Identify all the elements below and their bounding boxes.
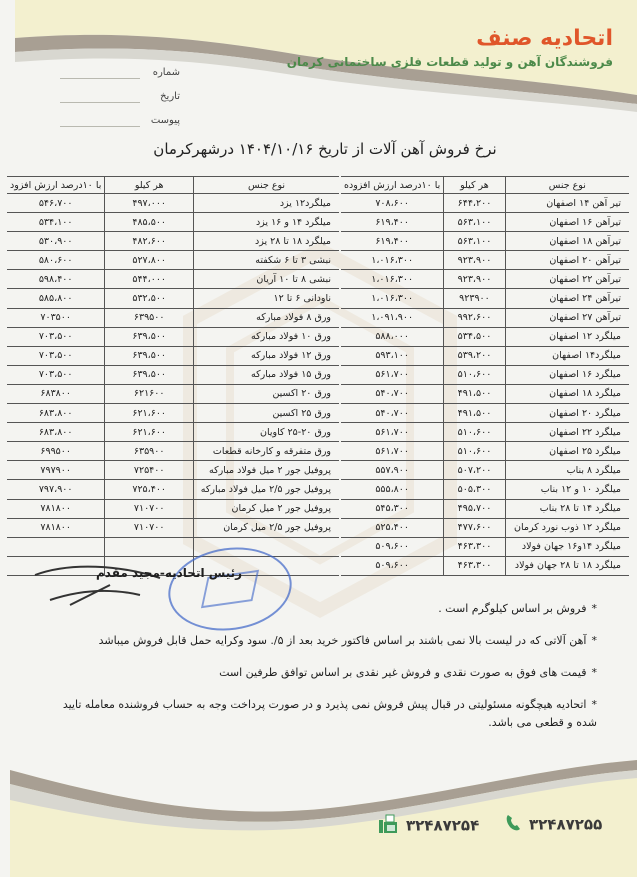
item-name-cell: تیرآهن ۲۲ اصفهان — [505, 270, 629, 289]
notes-list: *فروش بر اساس کیلوگرم است . *آهن آلاتی ک… — [57, 600, 597, 746]
with-vat-cell: ۷۸۱۸۰۰ — [7, 499, 105, 518]
table-row: ورق ۱۵ فولاد مبارکه۶۳۹،۵۰۰۷۰۳،۵۰۰ — [7, 365, 339, 384]
table-row: میلگرد ۱۲ اصفهان۵۳۴،۵۰۰۵۸۸،۰۰۰ — [341, 327, 629, 346]
per-kilo-cell: ۵۱۰،۶۰۰ — [444, 365, 505, 384]
table-row — [7, 537, 339, 556]
with-vat-cell: ۷۰۳،۵۰۰ — [7, 346, 105, 365]
table-row: پروفیل جور ۲/۵ میل فولاد مبارکه۷۲۵،۴۰۰۷۹… — [7, 480, 339, 499]
with-vat-cell: ۵۸۸،۰۰۰ — [341, 327, 444, 346]
item-name-cell: ورق ۱۵ فولاد مبارکه — [194, 365, 339, 384]
phone-number: ۳۲۴۸۷۲۵۵ — [529, 816, 602, 834]
contact-fax[interactable]: ۳۲۴۸۷۲۵۴ — [378, 814, 479, 838]
bullet: * — [592, 602, 598, 615]
with-vat-cell: ۵۸۰،۶۰۰ — [7, 251, 105, 270]
meta-label: پیوست — [151, 115, 180, 126]
per-kilo-cell: ۷۲۵۴۰۰ — [105, 461, 194, 480]
item-name-cell: پروفیل جور ۲/۵ میل کرمان — [194, 518, 339, 537]
price-table-left: نوع جنس هر کیلو با ۱۰درصد ارزش افزود میل… — [7, 176, 339, 576]
item-name-cell: ورق ۲۰ اکسین — [194, 384, 339, 403]
item-name-cell: میلگرد ۱۲ اصفهان — [505, 327, 629, 346]
with-vat-cell: ۵۶۱،۷۰۰ — [341, 423, 444, 442]
item-name-cell: میلگرد ۱۸ تا ۲۸ جهان فولاد — [505, 556, 629, 575]
item-name-cell: تیرآهن ۱۶ اصفهان — [505, 213, 629, 232]
with-vat-cell: ۱،۰۱۶،۳۰۰ — [341, 270, 444, 289]
with-vat-cell: ۵۵۷،۹۰۰ — [341, 461, 444, 480]
price-table-right: نوع جنس هر کیلو با ۱۰درصد ارزش افزوده تی… — [341, 176, 629, 576]
table-row: میلگرد۱۲ یزد۴۹۷،۰۰۰۵۴۶،۷۰۰ — [7, 194, 339, 213]
item-name-cell: میلگرد۱۴ اصفهان — [505, 346, 629, 365]
per-kilo-cell: ۶۳۹۵۰۰ — [105, 308, 194, 327]
item-name-cell: میلگرد ۱۸ تا ۲۸ یزد — [194, 232, 339, 251]
bullet: * — [592, 634, 598, 647]
per-kilo-cell: ۴۹۵،۷۰۰ — [444, 499, 505, 518]
with-vat-cell: ۵۹۸،۴۰۰ — [7, 270, 105, 289]
per-kilo-cell: ۵۳۲،۵۰۰ — [105, 289, 194, 308]
note-item: *اتحادیه هیچگونه مسئولیتی در قبال پیش فر… — [57, 696, 597, 732]
table-row: میلگرد ۱۸ اصفهان۴۹۱،۵۰۰۵۴۰،۷۰۰ — [341, 384, 629, 403]
with-vat-cell: ۵۲۵،۴۰۰ — [341, 518, 444, 537]
meta-line — [60, 126, 140, 127]
with-vat-cell: ۵۰۹،۶۰۰ — [341, 537, 444, 556]
item-name-cell: ورق ۱۲ فولاد مبارکه — [194, 346, 339, 365]
table-row: نبشی ۸ تا ۱۰ آریان۵۴۴،۰۰۰۵۹۸،۴۰۰ — [7, 270, 339, 289]
per-kilo-cell: ۵۰۵،۳۰۰ — [444, 480, 505, 499]
item-name-cell: ورق متفرقه و کارخانه قطعات — [194, 442, 339, 461]
with-vat-cell: ۵۴۰،۷۰۰ — [341, 384, 444, 403]
table-row: ورق ۱۰ فولاد مبارکه۶۳۹،۵۰۰۷۰۳،۵۰۰ — [7, 327, 339, 346]
table-row: ورق ۸ فولاد مبارکه۶۳۹۵۰۰۷۰۳۵۰۰ — [7, 308, 339, 327]
with-vat-cell: ۱،۰۱۶،۳۰۰ — [341, 289, 444, 308]
with-vat-cell: ۵۸۵،۸۰۰ — [7, 289, 105, 308]
item-name-cell: میلگرد ۱۰ و ۱۲ بناب — [505, 480, 629, 499]
item-name-cell: تیرآهن ۲۰ اصفهان — [505, 251, 629, 270]
item-name-cell: میلگرد ۱۶ اصفهان — [505, 365, 629, 384]
org-title: اتحادیه صنف — [476, 26, 613, 51]
per-kilo-cell: ۷۲۵،۴۰۰ — [105, 480, 194, 499]
item-name-cell: پروفیل جور ۲ میل فولاد مبارکه — [194, 461, 339, 480]
per-kilo-cell: ۶۳۹،۵۰۰ — [105, 365, 194, 384]
item-name-cell: تیر آهن ۱۴ اصفهان — [505, 194, 629, 213]
item-name-cell: میلگرد ۱۴ تا ۲۸ بناب — [505, 499, 629, 518]
item-name-cell: نبشی ۳ تا ۶ شکفته — [194, 251, 339, 270]
per-kilo-cell: ۵۴۴،۰۰۰ — [105, 270, 194, 289]
with-vat-cell: ۶۱۹،۴۰۰ — [341, 232, 444, 251]
per-kilo-cell: ۶۲۱،۶۰۰ — [105, 423, 194, 442]
per-kilo-cell: ۵۰۷،۲۰۰ — [444, 461, 505, 480]
per-kilo-cell: ۶۲۱،۶۰۰ — [105, 404, 194, 423]
per-kilo-cell: ۴۷۷،۶۰۰ — [444, 518, 505, 537]
per-kilo-cell: ۵۱۰،۶۰۰ — [444, 442, 505, 461]
table-row: میلگرد ۲۵ اصفهان۵۱۰،۶۰۰۵۶۱،۷۰۰ — [341, 442, 629, 461]
with-vat-cell: ۵۳۰،۹۰۰ — [7, 232, 105, 251]
with-vat-cell: ۷۰۳،۵۰۰ — [7, 327, 105, 346]
per-kilo-cell: ۶۳۹،۵۰۰ — [105, 346, 194, 365]
per-kilo-cell: ۹۲۳،۹۰۰ — [444, 251, 505, 270]
org-subtitle: فروشندگان آهن و تولید قطعات فلزی ساختمان… — [287, 55, 613, 69]
per-kilo-cell: ۴۶۳،۳۰۰ — [444, 556, 505, 575]
per-kilo-cell: ۵۳۹،۲۰۰ — [444, 346, 505, 365]
table-row: ورق ۲۰ اکسین۶۲۱۶۰۰۶۸۳۸۰۰ — [7, 384, 339, 403]
per-kilo-cell: ۴۹۱،۵۰۰ — [444, 384, 505, 403]
with-vat-cell: ۷۰۳،۵۰۰ — [7, 365, 105, 384]
table-row: ورق متفرقه و کارخانه قطعات۶۳۵۹۰۰۶۹۹۵۰۰ — [7, 442, 339, 461]
per-kilo-cell: ۵۳۴،۵۰۰ — [444, 327, 505, 346]
meta-line — [60, 78, 140, 79]
table-row: میلگرد ۱۶ اصفهان۵۱۰،۶۰۰۵۶۱،۷۰۰ — [341, 365, 629, 384]
item-name-cell: تیرآهن ۱۸ اصفهان — [505, 232, 629, 251]
with-vat-cell: ۶۹۹۵۰۰ — [7, 442, 105, 461]
note-item: *فروش بر اساس کیلوگرم است . — [57, 600, 597, 618]
meta-label: شماره — [153, 67, 180, 78]
table-row: تیرآهن ۲۷ اصفهان۹۹۲،۶۰۰۱،۰۹۱،۹۰۰ — [341, 308, 629, 327]
table-row: میلگرد ۱۲ ذوب نورد کرمان۴۷۷،۶۰۰۵۲۵،۴۰۰ — [341, 518, 629, 537]
with-vat-cell: ۱،۰۱۶،۳۰۰ — [341, 251, 444, 270]
item-name-cell: میلگرد ۲۰ اصفهان — [505, 404, 629, 423]
with-vat-cell: ۷۰۸،۶۰۰ — [341, 194, 444, 213]
per-kilo-cell: ۹۲۳،۹۰۰ — [444, 270, 505, 289]
per-kilo-cell: ۴۸۲،۶۰۰ — [105, 232, 194, 251]
column-header-item: نوع جنس — [194, 177, 339, 194]
note-text: فروش بر اساس کیلوگرم است . — [438, 602, 586, 615]
meta-field-number: شماره — [60, 67, 180, 83]
per-kilo-cell: ۶۳۵۹۰۰ — [105, 442, 194, 461]
table-row: ناودانی ۶ تا ۱۲۵۳۲،۵۰۰۵۸۵،۸۰۰ — [7, 289, 339, 308]
with-vat-cell: ۵۵۵،۸۰۰ — [341, 480, 444, 499]
table-row: نبشی ۳ تا ۶ شکفته۵۲۷،۸۰۰۵۸۰،۶۰۰ — [7, 251, 339, 270]
table-row: ورق ۲۰-۲۵ کاویان۶۲۱،۶۰۰۶۸۳،۸۰۰ — [7, 423, 339, 442]
per-kilo-cell: ۶۴۴،۲۰۰ — [444, 194, 505, 213]
table-row: تیرآهن ۱۸ اصفهان۵۶۳،۱۰۰۶۱۹،۴۰۰ — [341, 232, 629, 251]
item-name-cell: میلگرد ۲۵ اصفهان — [505, 442, 629, 461]
table-row: میلگرد ۲۰ اصفهان۴۹۱،۵۰۰۵۴۰،۷۰۰ — [341, 404, 629, 423]
item-name-cell: میلگرد ۸ بناب — [505, 461, 629, 480]
per-kilo-cell — [105, 537, 194, 556]
per-kilo-cell: ۴۹۷،۰۰۰ — [105, 194, 194, 213]
table-row: پروفیل جور ۲/۵ میل کرمان۷۱۰۷۰۰۷۸۱۸۰۰ — [7, 518, 339, 537]
meta-field-date: تاریخ — [60, 91, 180, 107]
item-name-cell: میلگرد ۱۴ و ۱۶ یزد — [194, 213, 339, 232]
per-kilo-cell: ۶۲۱۶۰۰ — [105, 384, 194, 403]
per-kilo-cell: ۴۹۱،۵۰۰ — [444, 404, 505, 423]
meta-label: تاریخ — [160, 91, 180, 102]
fax-number: ۳۲۴۸۷۲۵۴ — [406, 817, 479, 835]
item-name-cell: میلگرد۱۲ یزد — [194, 194, 339, 213]
phone-icon — [505, 814, 521, 836]
table-row: میلگرد ۲۲ اصفهان۵۱۰،۶۰۰۵۶۱،۷۰۰ — [341, 423, 629, 442]
table-row: پروفیل جور ۲ میل فولاد مبارکه۷۲۵۴۰۰۷۹۷۹۰… — [7, 461, 339, 480]
with-vat-cell: ۵۴۵،۳۰۰ — [341, 499, 444, 518]
note-item: *آهن آلاتی که در لیست بالا نمی باشند بر … — [57, 632, 597, 650]
per-kilo-cell: ۵۶۳،۱۰۰ — [444, 232, 505, 251]
column-header-item: نوع جنس — [505, 177, 629, 194]
table-row: میلگرد ۱۰ و ۱۲ بناب۵۰۵،۳۰۰۵۵۵،۸۰۰ — [341, 480, 629, 499]
note-text: قیمت های فوق به صورت نقدی و فروش غیر نقد… — [219, 666, 586, 679]
note-text: آهن آلاتی که در لیست بالا نمی باشند بر ا… — [99, 634, 587, 647]
with-vat-cell: ۶۱۹،۴۰۰ — [341, 213, 444, 232]
with-vat-cell: ۷۸۱۸۰۰ — [7, 518, 105, 537]
bullet: * — [592, 666, 598, 679]
per-kilo-cell: ۵۱۰،۶۰۰ — [444, 423, 505, 442]
per-kilo-cell: ۶۳۹،۵۰۰ — [105, 327, 194, 346]
document-title: نرخ فروش آهن آلات از تاریخ ۱۴۰۴/۱۰/۱۶ در… — [150, 140, 500, 158]
table-row: ورق ۲۵ اکسین۶۲۱،۶۰۰۶۸۳،۸۰۰ — [7, 404, 339, 423]
table-row: تیرآهن ۲۴ اصفهان۹۲۳۹۰۰۱،۰۱۶،۳۰۰ — [341, 289, 629, 308]
with-vat-cell: ۵۶۱،۷۰۰ — [341, 365, 444, 384]
table-row: میلگرد ۱۴ تا ۲۸ بناب۴۹۵،۷۰۰۵۴۵،۳۰۰ — [341, 499, 629, 518]
with-vat-cell: ۷۰۳۵۰۰ — [7, 308, 105, 327]
item-name-cell: میلگرد ۲۲ اصفهان — [505, 423, 629, 442]
note-item: *قیمت های فوق به صورت نقدی و فروش غیر نق… — [57, 664, 597, 682]
per-kilo-cell: ۷۱۰۷۰۰ — [105, 518, 194, 537]
table-row: تیرآهن ۱۶ اصفهان۵۶۳،۱۰۰۶۱۹،۴۰۰ — [341, 213, 629, 232]
per-kilo-cell: ۵۲۷،۸۰۰ — [105, 251, 194, 270]
item-name-cell: میلگرد ۱۸ اصفهان — [505, 384, 629, 403]
table-row: پروفیل جور ۲ میل کرمان۷۱۰۷۰۰۷۸۱۸۰۰ — [7, 499, 339, 518]
item-name-cell: میلگرد ۱۲ ذوب نورد کرمان — [505, 518, 629, 537]
with-vat-cell: ۷۹۷۹۰۰ — [7, 461, 105, 480]
table-row: میلگرد۱۴ اصفهان۵۳۹،۲۰۰۵۹۳،۱۰۰ — [341, 346, 629, 365]
per-kilo-cell: ۷۱۰۷۰۰ — [105, 499, 194, 518]
table-row: میلگرد ۱۴ و ۱۶ یزد۴۸۵،۵۰۰۵۳۴،۱۰۰ — [7, 213, 339, 232]
per-kilo-cell: ۵۶۳،۱۰۰ — [444, 213, 505, 232]
item-name-cell: تیرآهن ۲۴ اصفهان — [505, 289, 629, 308]
table-row: میلگرد ۸ بناب۵۰۷،۲۰۰۵۵۷،۹۰۰ — [341, 461, 629, 480]
with-vat-cell: ۷۹۷،۹۰۰ — [7, 480, 105, 499]
table-row: تیر آهن ۱۴ اصفهان۶۴۴،۲۰۰۷۰۸،۶۰۰ — [341, 194, 629, 213]
fax-icon — [378, 814, 398, 838]
item-name-cell: میلگرد ۱۴و۱۶ جهان فولاد — [505, 537, 629, 556]
column-header-with-vat: با ۱۰درصد ارزش افزوده — [341, 177, 444, 194]
with-vat-cell: ۱،۰۹۱،۹۰۰ — [341, 308, 444, 327]
with-vat-cell: ۵۹۳،۱۰۰ — [341, 346, 444, 365]
per-kilo-cell: ۹۲۳۹۰۰ — [444, 289, 505, 308]
meta-field-attachment: پیوست — [60, 115, 180, 131]
table-row: تیرآهن ۲۰ اصفهان۹۲۳،۹۰۰۱،۰۱۶،۳۰۰ — [341, 251, 629, 270]
per-kilo-cell: ۴۸۵،۵۰۰ — [105, 213, 194, 232]
table-row: میلگرد ۱۸ تا ۲۸ یزد۴۸۲،۶۰۰۵۳۰،۹۰۰ — [7, 232, 339, 251]
with-vat-cell: ۵۰۹،۶۰۰ — [341, 556, 444, 575]
item-name-cell: ورق ۸ فولاد مبارکه — [194, 308, 339, 327]
per-kilo-cell: ۴۶۳،۳۰۰ — [444, 537, 505, 556]
item-name-cell: ورق ۲۵ اکسین — [194, 404, 339, 423]
signature-name: رئیس اتحادیه-مجید مقدم — [96, 566, 242, 580]
with-vat-cell: ۵۳۴،۱۰۰ — [7, 213, 105, 232]
letterhead-page: اتحادیه صنف فروشندگان آهن و تولید قطعات … — [0, 0, 637, 877]
table-row: میلگرد ۱۴و۱۶ جهان فولاد۴۶۳،۳۰۰۵۰۹،۶۰۰ — [341, 537, 629, 556]
with-vat-cell: ۶۸۳۸۰۰ — [7, 384, 105, 403]
table-row: تیرآهن ۲۲ اصفهان۹۲۳،۹۰۰۱،۰۱۶،۳۰۰ — [341, 270, 629, 289]
contact-phone[interactable]: ۳۲۴۸۷۲۵۵ — [505, 814, 602, 836]
table-row: میلگرد ۱۸ تا ۲۸ جهان فولاد۴۶۳،۳۰۰۵۰۹،۶۰۰ — [341, 556, 629, 575]
table-header-row: نوع جنس هر کیلو با ۱۰درصد ارزش افزوده — [341, 177, 629, 194]
item-name-cell: ناودانی ۶ تا ۱۲ — [194, 289, 339, 308]
item-name-cell: پروفیل جور ۲/۵ میل فولاد مبارکه — [194, 480, 339, 499]
with-vat-cell: ۵۴۰،۷۰۰ — [341, 404, 444, 423]
item-name-cell: نبشی ۸ تا ۱۰ آریان — [194, 270, 339, 289]
with-vat-cell: ۵۴۶،۷۰۰ — [7, 194, 105, 213]
bullet: * — [592, 698, 598, 711]
with-vat-cell — [7, 537, 105, 556]
column-header-per-kilo: هر کیلو — [444, 177, 505, 194]
item-name-cell: ورق ۲۰-۲۵ کاویان — [194, 423, 339, 442]
per-kilo-cell: ۹۹۲،۶۰۰ — [444, 308, 505, 327]
table-row: ورق ۱۲ فولاد مبارکه۶۳۹،۵۰۰۷۰۳،۵۰۰ — [7, 346, 339, 365]
with-vat-cell: ۵۶۱،۷۰۰ — [341, 442, 444, 461]
note-text: اتحادیه هیچگونه مسئولیتی در قبال پیش فرو… — [63, 698, 597, 729]
item-name-cell: پروفیل جور ۲ میل کرمان — [194, 499, 339, 518]
meta-line — [60, 102, 140, 103]
table-header-row: نوع جنس هر کیلو با ۱۰درصد ارزش افزود — [7, 177, 339, 194]
column-header-per-kilo: هر کیلو — [105, 177, 194, 194]
with-vat-cell: ۶۸۳،۸۰۰ — [7, 423, 105, 442]
column-header-with-vat: با ۱۰درصد ارزش افزود — [7, 177, 105, 194]
item-name-cell: ورق ۱۰ فولاد مبارکه — [194, 327, 339, 346]
with-vat-cell: ۶۸۳،۸۰۰ — [7, 404, 105, 423]
item-name-cell: تیرآهن ۲۷ اصفهان — [505, 308, 629, 327]
